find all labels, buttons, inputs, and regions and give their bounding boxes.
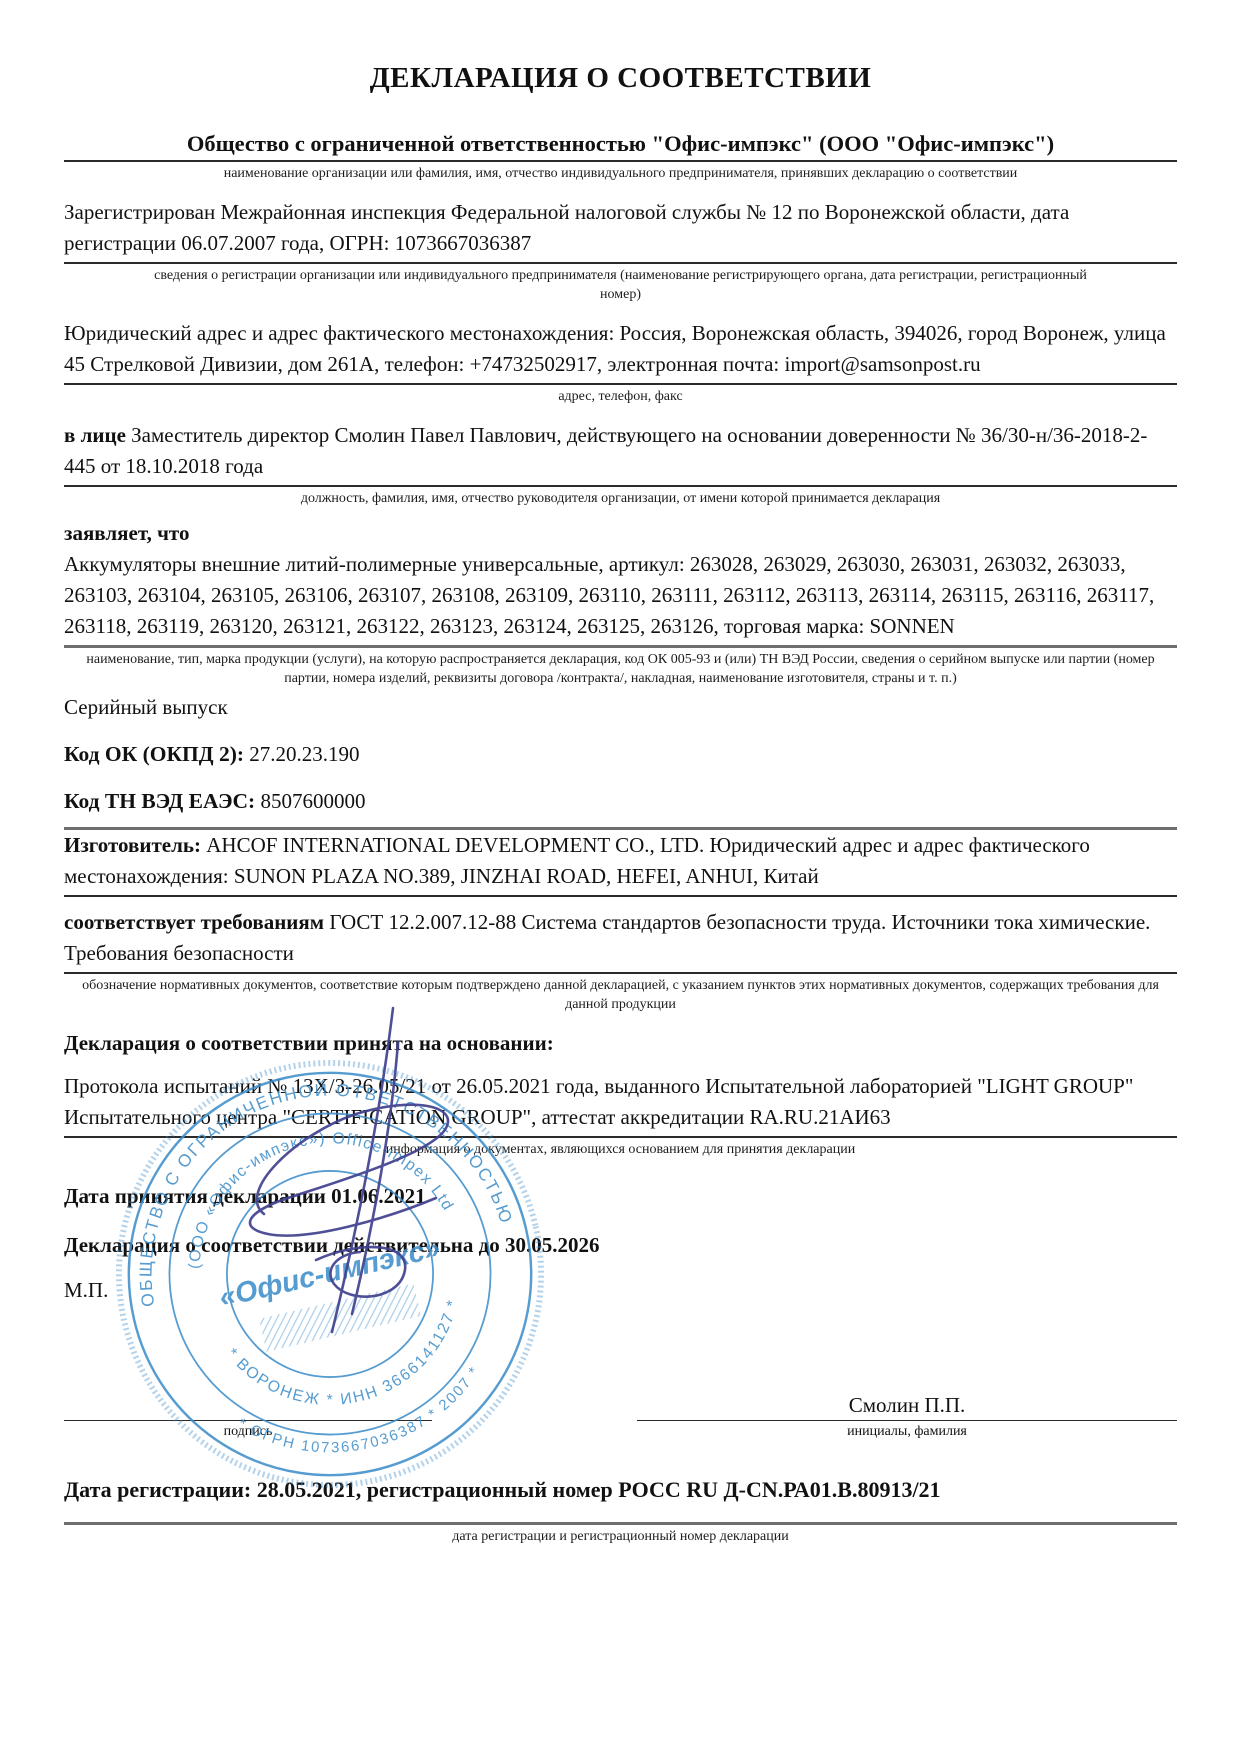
- declaration-subject-section: заявляет, что Аккумуляторы внешние литий…: [64, 518, 1177, 723]
- registration-info-text: Зарегистрирован Межрайонная инспекция Фе…: [64, 197, 1177, 259]
- manufacturer-lead: Изготовитель:: [64, 833, 201, 857]
- signature-stroke: [250, 1105, 448, 1236]
- address-section: Юридический адрес и адрес фактического м…: [64, 318, 1177, 406]
- tnved-label: Код ТН ВЭД ЕАЭС:: [64, 789, 255, 813]
- registration-footer-caption: дата регистрации и регистрационный номер…: [78, 1527, 1163, 1546]
- issue-type: Серийный выпуск: [64, 692, 1177, 723]
- divider: [64, 383, 1177, 385]
- signature-stroke: [352, 1042, 398, 1314]
- registration-info-section: Зарегистрирован Межрайонная инспекция Фе…: [64, 197, 1177, 304]
- divider: [64, 262, 1177, 264]
- product-caption: наименование, тип, марка продукции (услу…: [83, 650, 1158, 688]
- address-caption: адрес, телефон, факс: [78, 387, 1163, 406]
- declarant-caption: наименование организации или фамилия, им…: [78, 164, 1163, 183]
- declares-lead: заявляет, что: [64, 518, 1177, 549]
- divider: [64, 895, 1177, 897]
- product-description: Аккумуляторы внешние литий-полимерные ун…: [64, 549, 1177, 642]
- representative-text: в лице Заместитель директор Смолин Павел…: [64, 420, 1177, 482]
- registration-info-caption: сведения о регистрации организации или и…: [146, 266, 1096, 304]
- declarant-section: Общество с ограниченной ответственностью…: [64, 131, 1177, 183]
- signatory-caption: инициалы, фамилия: [637, 1424, 1177, 1440]
- divider: [64, 1522, 1177, 1525]
- divider: [64, 160, 1177, 162]
- divider: [64, 485, 1177, 487]
- okpd-label: Код ОК (ОКПД 2):: [64, 742, 244, 766]
- declaration-document: ДЕКЛАРАЦИЯ О СООТВЕТСТВИИ Общество с огр…: [0, 0, 1241, 1755]
- manufacturer-rest: AHCOF INTERNATIONAL DEVELOPMENT CO., LTD…: [64, 833, 1090, 888]
- representative-rest: Заместитель директор Смолин Павел Павлов…: [64, 423, 1147, 478]
- compliance-lead: соответствует требованиям: [64, 910, 324, 934]
- manufacturer-text: Изготовитель: AHCOF INTERNATIONAL DEVELO…: [64, 830, 1177, 892]
- divider: [64, 645, 1177, 648]
- representative-caption: должность, фамилия, имя, отчество руково…: [78, 489, 1163, 508]
- representative-lead: в лице: [64, 423, 126, 447]
- declarant-name: Общество с ограниченной ответственностью…: [64, 131, 1177, 157]
- compliance-section: соответствует требованиям ГОСТ 12.2.007.…: [64, 907, 1177, 1014]
- tnved-code-line: Код ТН ВЭД ЕАЭС: 8507600000: [64, 786, 1177, 817]
- tnved-value: 8507600000: [255, 789, 365, 813]
- representative-section: в лице Заместитель директор Смолин Павел…: [64, 420, 1177, 508]
- compliance-text: соответствует требованиям ГОСТ 12.2.007.…: [64, 907, 1177, 969]
- okpd-code-line: Код ОК (ОКПД 2): 27.20.23.190: [64, 739, 1177, 770]
- manufacturer-section: Изготовитель: AHCOF INTERNATIONAL DEVELO…: [64, 830, 1177, 897]
- okpd-value: 27.20.23.190: [244, 742, 360, 766]
- handwritten-signature: [146, 1002, 496, 1352]
- document-title: ДЕКЛАРАЦИЯ О СООТВЕТСТВИИ: [64, 62, 1177, 95]
- handwritten-signature-image: [146, 1002, 496, 1352]
- signatory-name: Смолин П.П.: [637, 1390, 1177, 1420]
- signatory-line: [637, 1420, 1177, 1421]
- divider: [64, 972, 1177, 974]
- signatory-block: Смолин П.П. инициалы, фамилия: [637, 1390, 1177, 1440]
- signature-stroke: [332, 1008, 393, 1332]
- address-text: Юридический адрес и адрес фактического м…: [64, 318, 1177, 380]
